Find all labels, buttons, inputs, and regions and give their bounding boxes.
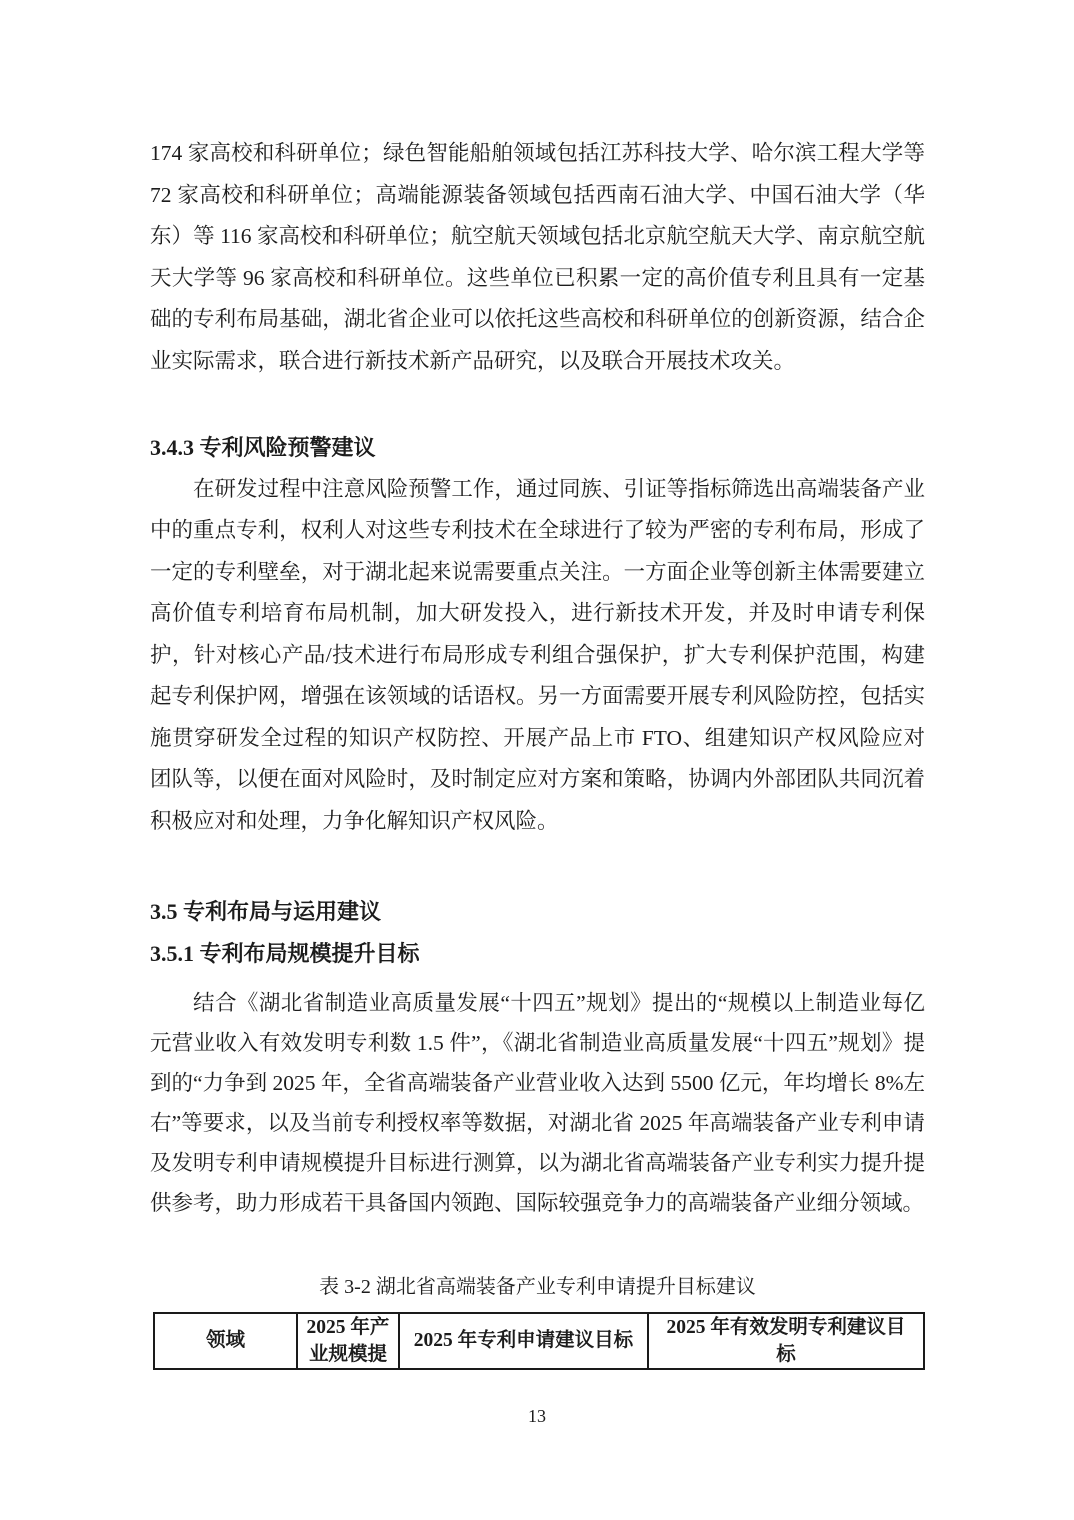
table-header-row: 领域 2025 年产业规模提 2025 年专利申请建议目标 2025 年有效发明… xyxy=(154,1313,924,1369)
heading-3-5: 3.5 专利布局与运用建议 xyxy=(150,891,925,933)
page-number: 13 xyxy=(0,1404,1074,1428)
paragraph-3-4-3: 在研发过程中注意风险预警工作，通过同族、引证等指标筛选出高端装备产业中的重点专利… xyxy=(150,469,925,843)
table-header-invention-target: 2025 年有效发明专利建议目标 xyxy=(648,1313,924,1369)
heading-3-4-3: 3.4.3 专利风险预警建议 xyxy=(150,427,925,469)
table-header-invention-target-label: 2025 年有效发明专利建议目标 xyxy=(660,1314,912,1368)
heading-3-5-1: 3.5.1 专利布局规模提升目标 xyxy=(150,933,925,975)
table-header-application-target: 2025 年专利申请建议目标 xyxy=(399,1313,648,1369)
patent-target-table: 领域 2025 年产业规模提 2025 年专利申请建议目标 2025 年有效发明… xyxy=(153,1312,925,1370)
document-page: 174 家高校和科研单位；绿色智能船舶领域包括江苏科技大学、哈尔滨工程大学等 7… xyxy=(0,0,1074,1520)
table-header-industry-scale-label: 2025 年产业规模提 xyxy=(303,1314,393,1368)
table-header-field: 领域 xyxy=(154,1313,297,1369)
table-header-application-target-label: 2025 年专利申请建议目标 xyxy=(400,1327,647,1354)
page-content: 174 家高校和科研单位；绿色智能船舶领域包括江苏科技大学、哈尔滨工程大学等 7… xyxy=(150,133,925,1370)
paragraph-3-5-1: 结合《湖北省制造业高质量发展“十四五”规划》提出的“规模以上制造业每亿元营业收入… xyxy=(150,983,925,1263)
table-caption: 表 3-2 湖北省高端装备产业专利申请提升目标建议 xyxy=(150,1269,925,1305)
table-header-field-label: 领域 xyxy=(155,1327,296,1354)
table-header-industry-scale: 2025 年产业规模提 xyxy=(297,1313,399,1369)
paragraph-continuation: 174 家高校和科研单位；绿色智能船舶领域包括江苏科技大学、哈尔滨工程大学等 7… xyxy=(150,133,925,382)
